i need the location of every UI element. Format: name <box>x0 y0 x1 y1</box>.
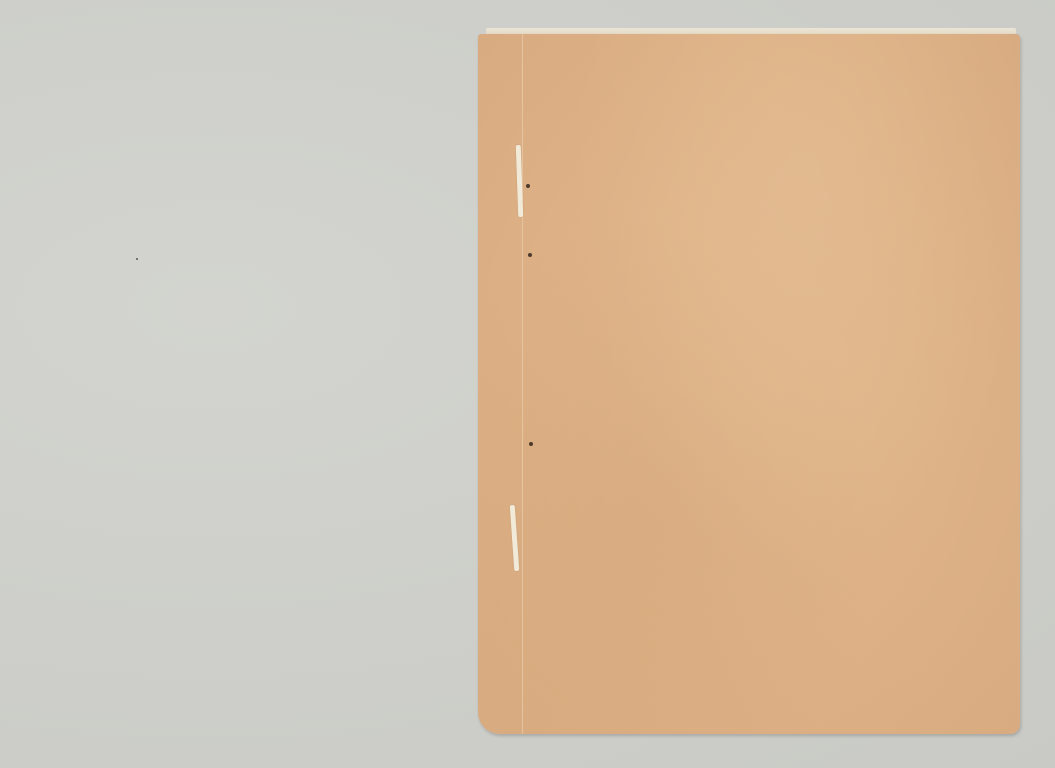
binding-hole <box>528 253 532 257</box>
booklet-cover <box>478 34 1020 734</box>
binding-hole <box>529 442 533 446</box>
spine-fold-line <box>522 34 523 734</box>
dust-speck <box>136 258 138 260</box>
booklet <box>478 28 1020 736</box>
binding-hole <box>526 184 530 188</box>
